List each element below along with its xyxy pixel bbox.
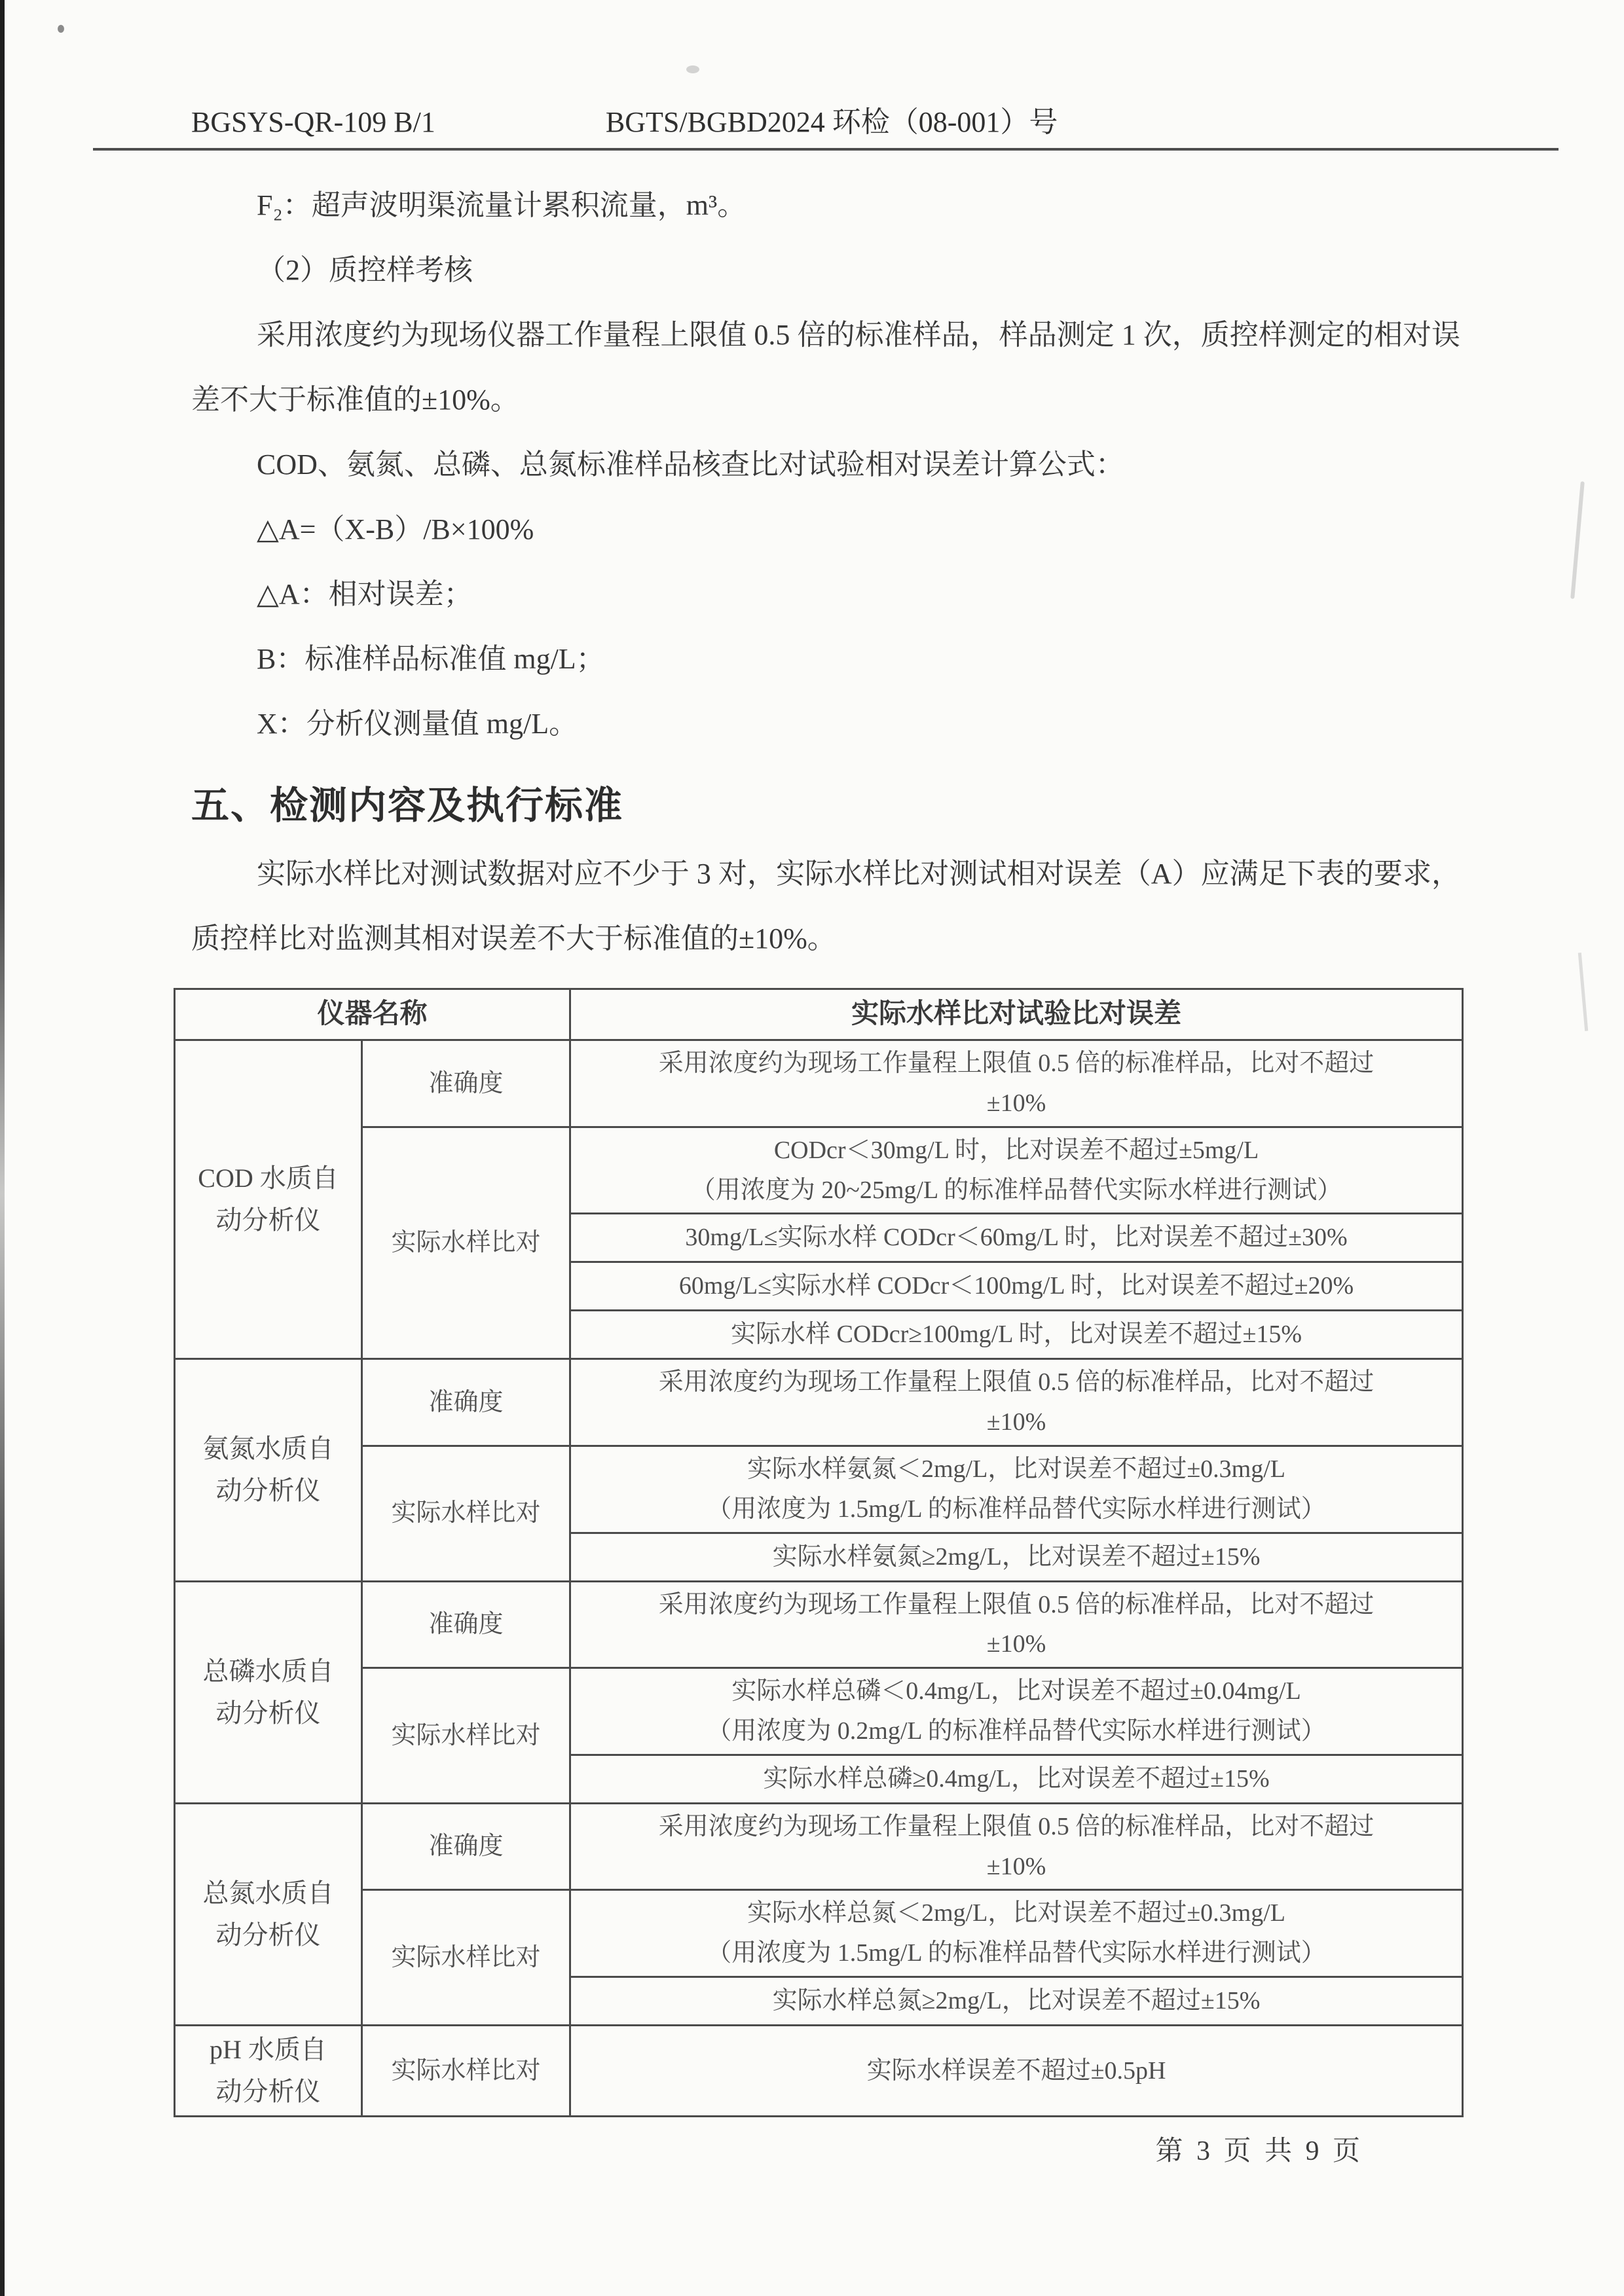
table-header-row: 仪器名称 实际水样比对试验比对误差: [175, 989, 1463, 1040]
scan-artifact-smudge: [686, 65, 699, 73]
row-label-accuracy-ammonia: 准确度: [362, 1359, 570, 1446]
instrument-name-total-nitrogen: 总氮水质自 动分析仪: [175, 1803, 362, 2025]
cell-compare-tn-2: 实际水样总氮≥2mg/L，比对误差不超过±15%: [570, 1977, 1463, 2025]
standards-table: 仪器名称 实际水样比对试验比对误差 COD 水质自 动分析仪 准确度 采用浓度约…: [174, 988, 1464, 2117]
doc-code-left: BGSYS-QR-109 B/1: [191, 105, 435, 139]
doc-code-right: BGTS/BGBD2024 环检（08-001）号: [606, 98, 1058, 140]
page-number: 第 3 页 共 9 页: [1155, 2129, 1363, 2168]
scan-artifact-speck: [58, 25, 64, 33]
table-header-error: 实际水样比对试验比对误差: [570, 989, 1463, 1040]
document-body: F₂：超声波明渠流量计累积流量，m³。 （2）质控样考核 采用浓度约为现场仪器工…: [191, 173, 1460, 2117]
paragraph-qc-description: 采用浓度约为现场仪器工作量程上限值 0.5 倍的标准样品，样品测定 1 次，质控…: [191, 302, 1460, 432]
row-label-compare-ph: 实际水样比对: [362, 2025, 570, 2116]
cell-compare-tp-1: 实际水样总磷＜0.4mg/L，比对误差不超过±0.04mg/L （用浓度为 0.…: [570, 1668, 1463, 1755]
table-row: COD 水质自 动分析仪 准确度 采用浓度约为现场工作量程上限值 0.5 倍的标…: [175, 1040, 1463, 1127]
scan-artifact-left-edge: [0, 0, 5, 2296]
cell-accuracy-ammonia: 采用浓度约为现场工作量程上限值 0.5 倍的标准样品，比对不超过 ±10%: [570, 1359, 1463, 1446]
paragraph-f2-definition: F₂：超声波明渠流量计累积流量，m³。: [191, 173, 1460, 238]
document-header: BGSYS-QR-109 B/1 BGTS/BGBD2024 环检（08-001…: [191, 98, 1460, 140]
section-title: 五、检测内容及执行标准: [191, 774, 1460, 829]
formula-relative-error: △A=（X-B）/B×100%: [191, 497, 1460, 562]
instrument-name-total-phosphorus: 总磷水质自 动分析仪: [175, 1581, 362, 1803]
cell-compare-cod-4: 实际水样 CODcr≥100mg/L 时，比对误差不超过±15%: [570, 1311, 1463, 1359]
scan-artifact-right-mark-2: [1578, 953, 1588, 1031]
cell-compare-cod-2: 30mg/L≤实际水样 CODcr＜60mg/L 时，比对误差不超过±30%: [570, 1214, 1463, 1262]
instrument-name-cod: COD 水质自 动分析仪: [175, 1040, 362, 1359]
row-label-accuracy-tn: 准确度: [362, 1803, 570, 1890]
cell-accuracy-tn: 采用浓度约为现场工作量程上限值 0.5 倍的标准样品，比对不超过 ±10%: [570, 1803, 1463, 1890]
formula-definition-x: X：分析仪测量值 mg/L。: [191, 691, 1460, 756]
formula-definition-b: B：标准样品标准值 mg/L；: [191, 627, 1460, 691]
table-row: 总氮水质自 动分析仪 准确度 采用浓度约为现场工作量程上限值 0.5 倍的标准样…: [175, 1803, 1463, 1890]
instrument-name-ph: pH 水质自 动分析仪: [175, 2025, 362, 2116]
cell-compare-cod-3: 60mg/L≤实际水样 CODcr＜100mg/L 时，比对误差不超过±20%: [570, 1262, 1463, 1311]
table-row: 氨氮水质自 动分析仪 准确度 采用浓度约为现场工作量程上限值 0.5 倍的标准样…: [175, 1359, 1463, 1446]
table-row: 实际水样比对 实际水样总氮＜2mg/L，比对误差不超过±0.3mg/L （用浓度…: [175, 1890, 1463, 1977]
cell-compare-tn-1: 实际水样总氮＜2mg/L，比对误差不超过±0.3mg/L （用浓度为 1.5mg…: [570, 1890, 1463, 1977]
table-row: 实际水样比对 实际水样氨氮＜2mg/L，比对误差不超过±0.3mg/L （用浓度…: [175, 1446, 1463, 1533]
row-label-compare-cod: 实际水样比对: [362, 1127, 570, 1359]
table-row: pH 水质自 动分析仪 实际水样比对 实际水样误差不超过±0.5pH: [175, 2025, 1463, 2116]
scan-artifact-right-mark-1: [1570, 481, 1585, 599]
table-row: 实际水样比对 CODcr＜30mg/L 时，比对误差不超过±5mg/L （用浓度…: [175, 1127, 1463, 1214]
cell-compare-cod-1: CODcr＜30mg/L 时，比对误差不超过±5mg/L （用浓度为 20~25…: [570, 1127, 1463, 1214]
table-row: 实际水样比对 实际水样总磷＜0.4mg/L，比对误差不超过±0.04mg/L （…: [175, 1668, 1463, 1755]
header-divider: [93, 148, 1559, 151]
row-label-compare-tn: 实际水样比对: [362, 1890, 570, 2026]
section-paragraph: 实际水样比对测试数据对应不少于 3 对，实际水样比对测试相对误差（A）应满足下表…: [191, 841, 1460, 971]
paragraph-qc-heading: （2）质控样考核: [191, 238, 1460, 302]
document-page: BGSYS-QR-109 B/1 BGTS/BGBD2024 环检（08-001…: [0, 0, 1624, 2296]
cell-compare-ammonia-1: 实际水样氨氮＜2mg/L，比对误差不超过±0.3mg/L （用浓度为 1.5mg…: [570, 1446, 1463, 1533]
cell-accuracy-cod: 采用浓度约为现场工作量程上限值 0.5 倍的标准样品，比对不超过 ±10%: [570, 1040, 1463, 1127]
table-header-instrument: 仪器名称: [175, 989, 570, 1040]
instrument-name-ammonia: 氨氮水质自 动分析仪: [175, 1359, 362, 1581]
paragraph-formula-intro: COD、氨氮、总磷、总氮标准样品核查比对试验相对误差计算公式：: [191, 432, 1460, 497]
row-label-compare-ammonia: 实际水样比对: [362, 1446, 570, 1581]
cell-accuracy-tp: 采用浓度约为现场工作量程上限值 0.5 倍的标准样品，比对不超过 ±10%: [570, 1581, 1463, 1668]
formula-definition-a: △A：相对误差；: [191, 562, 1460, 627]
row-label-accuracy-cod: 准确度: [362, 1040, 570, 1127]
table-row: 总磷水质自 动分析仪 准确度 采用浓度约为现场工作量程上限值 0.5 倍的标准样…: [175, 1581, 1463, 1668]
cell-compare-tp-2: 实际水样总磷≥0.4mg/L，比对误差不超过±15%: [570, 1755, 1463, 1803]
cell-compare-ph: 实际水样误差不超过±0.5pH: [570, 2025, 1463, 2116]
cell-compare-ammonia-2: 实际水样氨氮≥2mg/L，比对误差不超过±15%: [570, 1533, 1463, 1581]
row-label-accuracy-tp: 准确度: [362, 1581, 570, 1668]
row-label-compare-tp: 实际水样比对: [362, 1668, 570, 1804]
